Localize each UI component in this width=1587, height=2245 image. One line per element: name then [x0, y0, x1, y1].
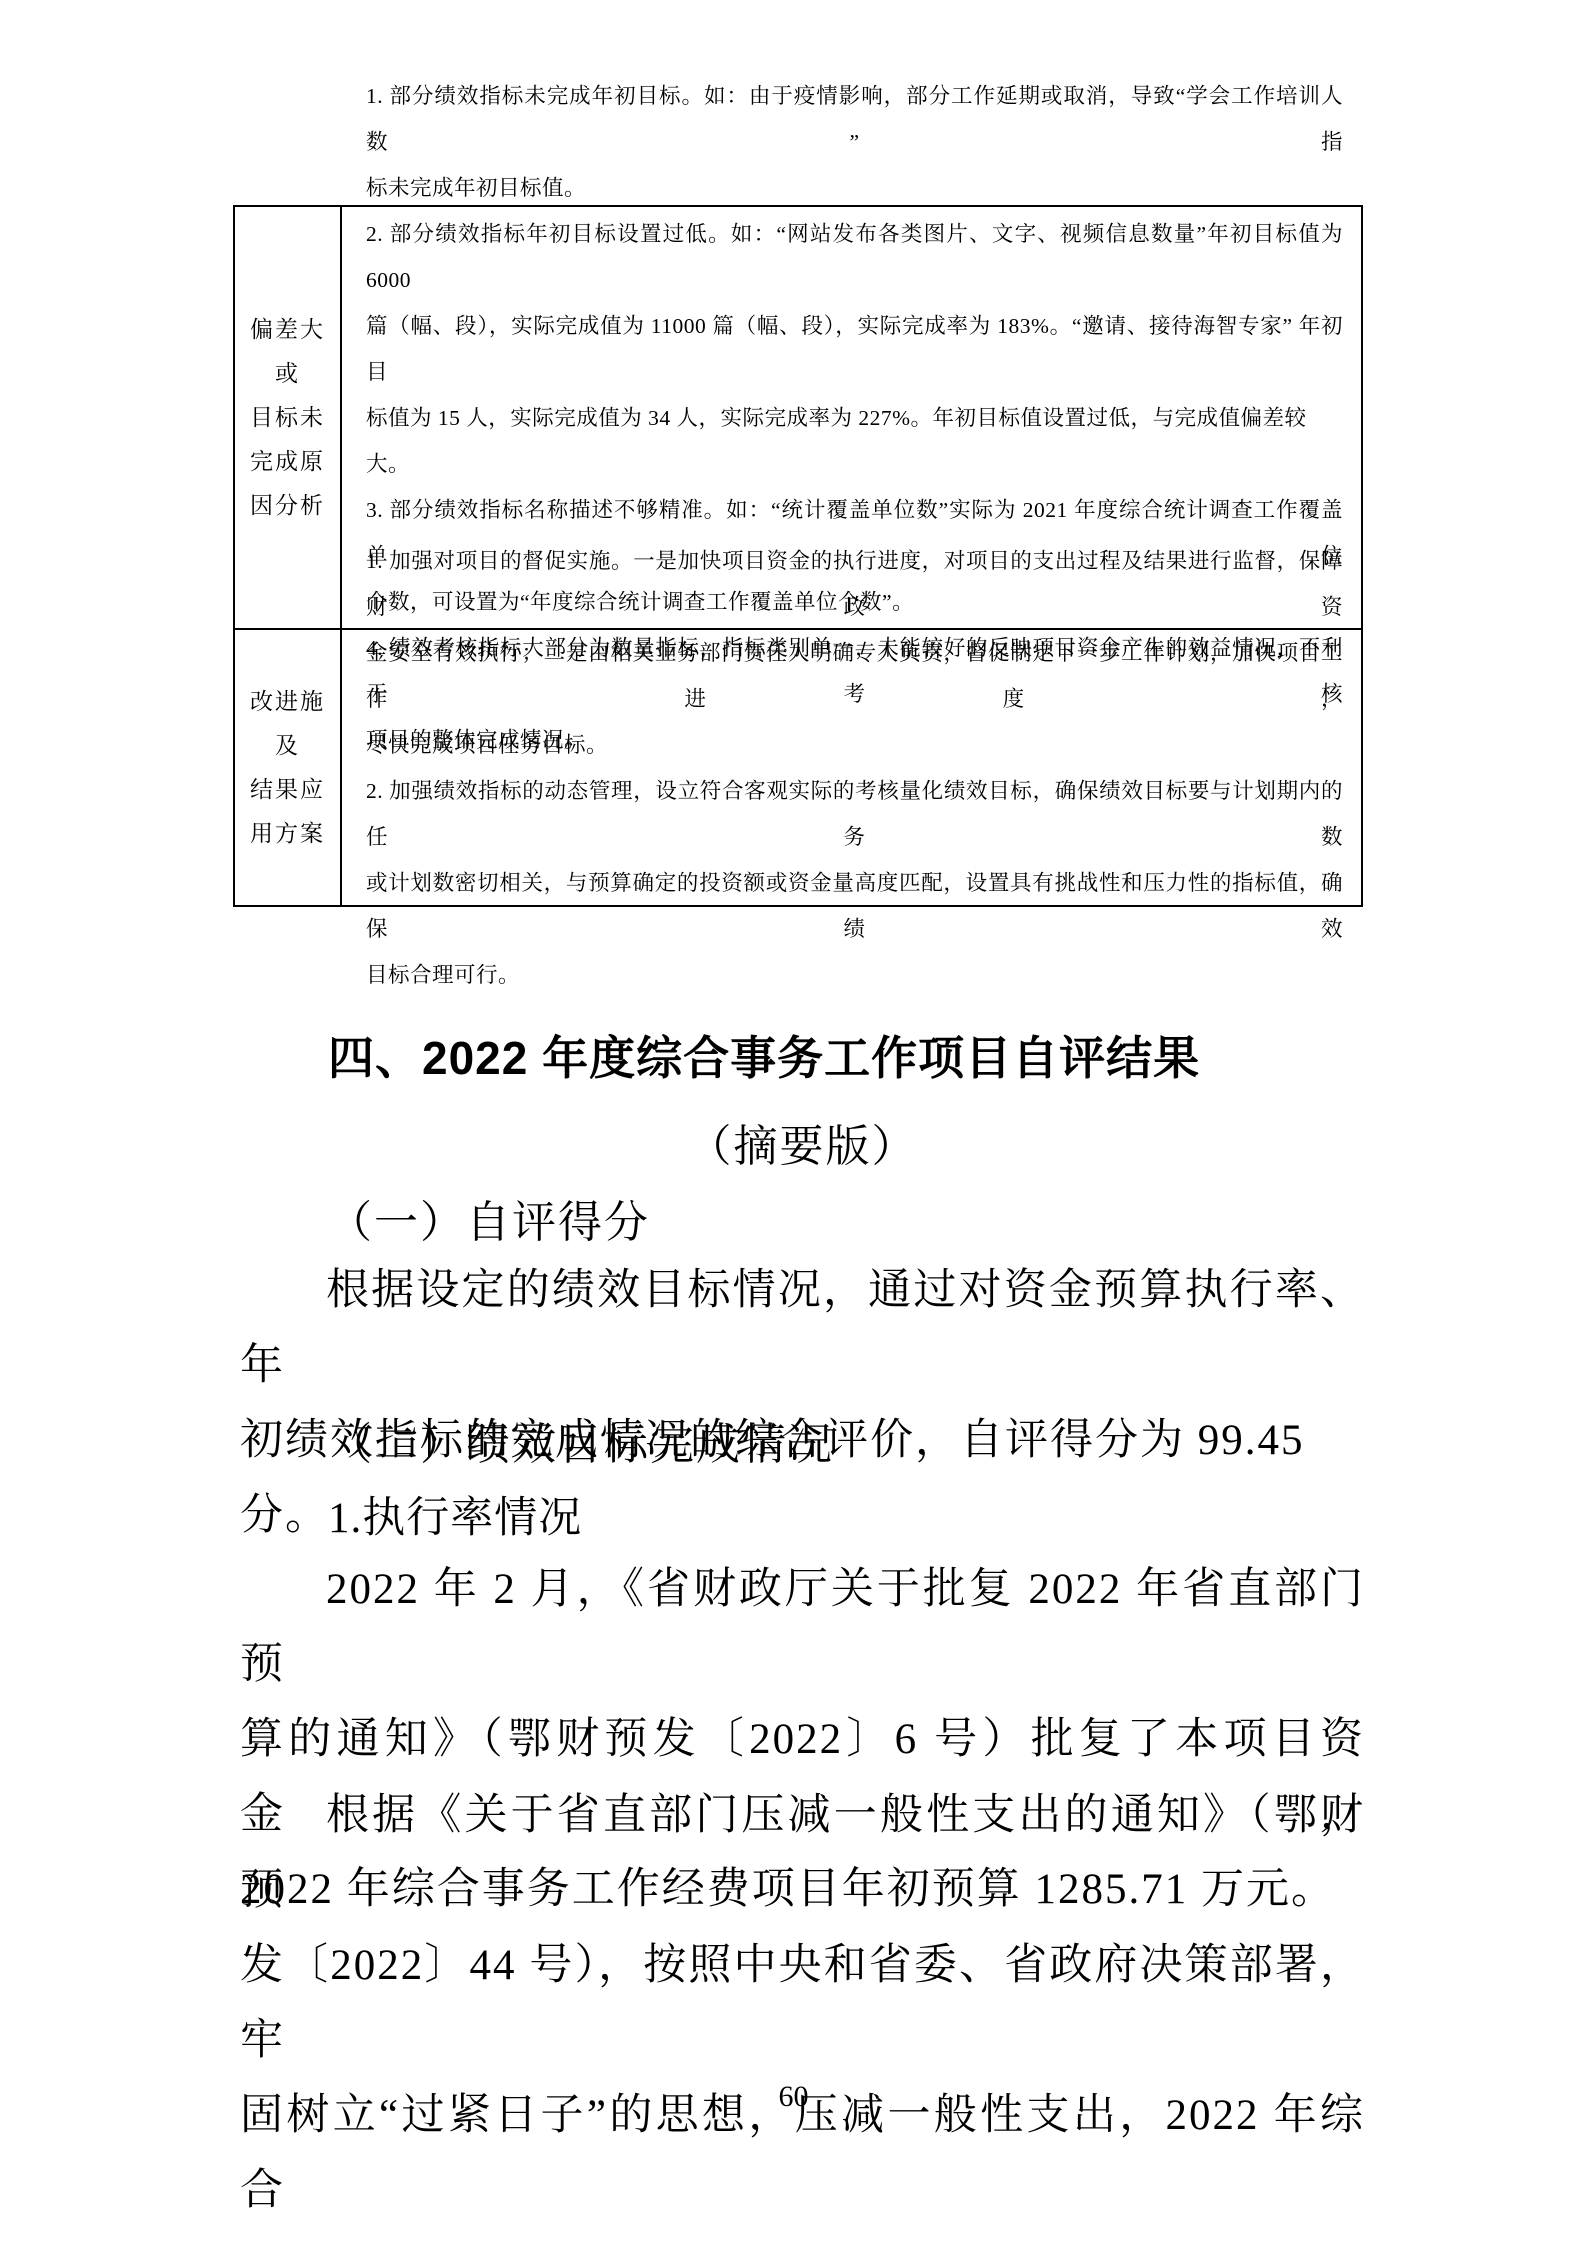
text-line: 结果应	[250, 768, 325, 812]
text-line: 或计划数密切相关，与预算确定的投资额或资金量高度匹配，设置具有挑战性和压力性的指…	[366, 860, 1343, 952]
text-line: 目标未	[250, 396, 325, 440]
table-cell-improvement-content: 1. 加强对项目的督促实施。一是加快项目资金的执行进度，对项目的支出过程及结果进…	[342, 630, 1361, 905]
text-line: 偏差大	[250, 308, 325, 352]
text-line: 尽快完成项目任务目标。	[366, 722, 1343, 768]
text-line: 及	[275, 724, 300, 768]
performance-table: 偏差大或目标未完成原因分析 1. 部分绩效指标未完成年初目标。如：由于疫情影响，…	[233, 205, 1363, 907]
text-line: 2. 加强绩效指标的动态管理，设立符合客观实际的考核量化绩效目标，确保绩效目标要…	[366, 768, 1343, 860]
text-line: 根据《关于省直部门压减一般性支出的通知》（鄂财预	[240, 1778, 1365, 1928]
text-line: 篇（幅、段），实际完成值为 11000 篇（幅、段），实际完成率为 183%。“…	[366, 303, 1343, 395]
text-line: 或	[275, 352, 300, 396]
text-line: 目标合理可行。	[366, 952, 1343, 998]
text-line: 标值为 15 人，实际完成值为 34 人，实际完成率为 227%。年初目标值设置…	[366, 395, 1343, 487]
document-page: 偏差大或目标未完成原因分析 1. 部分绩效指标未完成年初目标。如：由于疫情影响，…	[0, 0, 1587, 2245]
page-number: 60	[0, 2080, 1587, 2114]
text-line: 用方案	[250, 812, 325, 856]
table-row-label-deviation: 偏差大或目标未完成原因分析	[235, 207, 342, 628]
text-line: 发〔2022〕44 号），按照中央和省委、省政府决策部署，牢	[240, 1928, 1365, 2078]
text-line: 完成原	[250, 440, 325, 484]
text-line: 1. 部分绩效指标未完成年初目标。如：由于疫情影响，部分工作延期或取消，导致“学…	[366, 73, 1343, 165]
paragraph-budget-reduction: 根据《关于省直部门压减一般性支出的通知》（鄂财预发〔2022〕44 号），按照中…	[240, 1778, 1365, 2228]
text-line: 2022 年 2 月，《省财政厅关于批复 2022 年省直部门预	[240, 1552, 1365, 1702]
subsection-title-goal-completion: （二）绩效目标完成情况	[240, 1408, 1365, 1472]
section-subheading: （摘要版）	[240, 1110, 1365, 1174]
section-heading: 四、2022 年度综合事务工作项目自评结果	[240, 1022, 1365, 1088]
table-row-improvement-plan: 改进施及结果应用方案 1. 加强对项目的督促实施。一是加快项目资金的执行进度，对…	[235, 628, 1361, 905]
text-line: 1. 加强对项目的督促实施。一是加快项目资金的执行进度，对项目的支出过程及结果进…	[366, 538, 1343, 630]
text-line: 金安全有效执行；二是由相关业务部门责任人明确专人负责，督促制定下一步工作计划，加…	[366, 630, 1343, 722]
text-line: 2. 部分绩效指标年初目标设置过低。如：“网站发布各类图片、文字、视频信息数量”…	[366, 211, 1343, 303]
table-row-label-improvement: 改进施及结果应用方案	[235, 630, 342, 905]
subsection-title-self-score: （一）自评得分	[240, 1186, 1365, 1250]
text-line: 改进施	[250, 680, 325, 724]
text-line: 因分析	[250, 484, 325, 528]
subsection-item-execution-rate: 1.执行率情况	[240, 1484, 1365, 1545]
text-line: 根据设定的绩效目标情况，通过对资金预算执行率、年	[240, 1253, 1365, 1403]
text-line: 标未完成年初目标值。	[366, 165, 1343, 211]
